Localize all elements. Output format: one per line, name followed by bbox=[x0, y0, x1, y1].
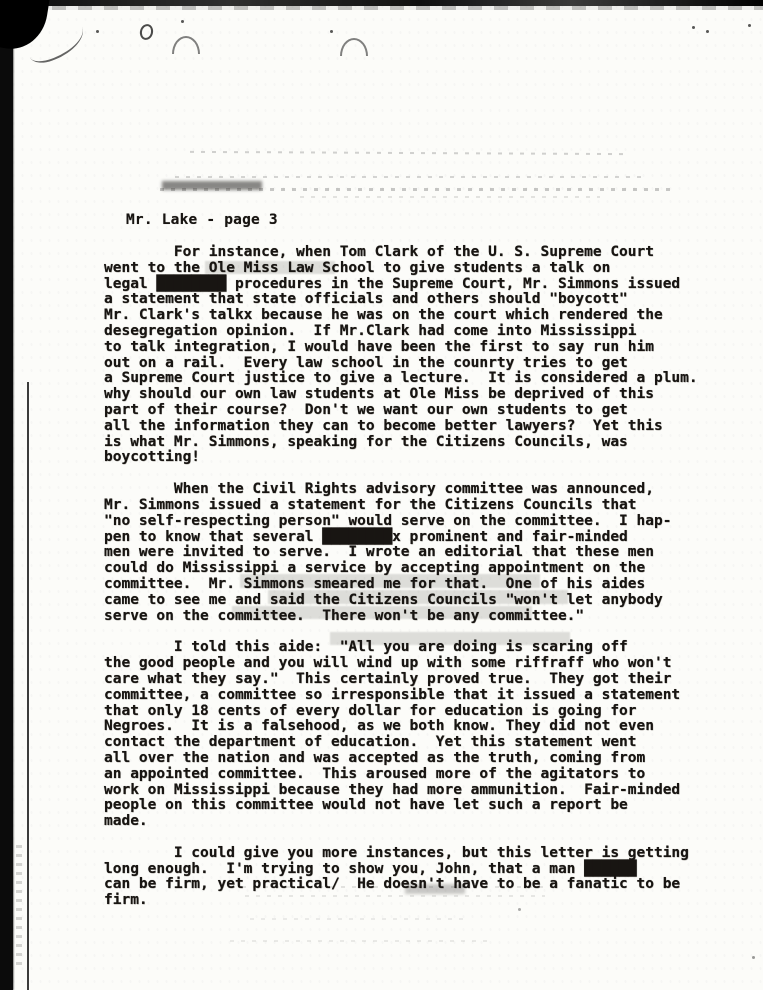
text-line: desegregation opinion. If Mr.Clark had c… bbox=[104, 324, 734, 340]
scan-squiggle-artifact bbox=[22, 16, 90, 68]
scan-dot-artifact bbox=[692, 26, 695, 29]
scan-top-edge-artifact bbox=[0, 0, 763, 6]
paragraph: For instance, when Tom Clark of the U. S… bbox=[104, 245, 734, 466]
scan-top-shadow-artifact bbox=[0, 6, 763, 10]
text-line: why should our own law students at Ole M… bbox=[104, 387, 734, 403]
scan-noise-row-artifact bbox=[190, 151, 630, 155]
text-line: men were invited to serve. I wrote an ed… bbox=[104, 545, 734, 561]
scan-left-edge-artifact bbox=[0, 12, 13, 990]
text-line: Mr. Simmons issued a statement for the C… bbox=[104, 498, 734, 514]
text-line: a statement that state officials and oth… bbox=[104, 292, 734, 308]
text-line: pen to know that several ████████x promi… bbox=[104, 530, 734, 546]
text-line: committee, a committee so irresponsible … bbox=[104, 688, 734, 704]
text-line: came to see me and said the Citizens Cou… bbox=[104, 593, 734, 609]
scan-fold-line-artifact bbox=[27, 382, 29, 990]
scan-arc-artifact bbox=[340, 38, 368, 56]
scan-smudge-artifact bbox=[162, 181, 262, 190]
text-line: people on this committee would not have … bbox=[104, 798, 734, 814]
text-line: made. bbox=[104, 814, 734, 830]
paragraph: When the Civil Rights advisory committee… bbox=[104, 482, 734, 624]
text-line: serve on the committee. There won't be a… bbox=[104, 609, 734, 625]
text-line: an appointed committee. This aroused mor… bbox=[104, 767, 734, 783]
scan-dot-artifact bbox=[181, 20, 184, 23]
text-line: the good people and you will wind up wit… bbox=[104, 656, 734, 672]
scan-noise-row-artifact bbox=[160, 188, 670, 191]
scanned-letter-page: Mr. Lake - page 3 For instance, when Tom… bbox=[0, 0, 763, 990]
text-line: Negroes. It is a falsehood, as we both k… bbox=[104, 719, 734, 735]
scan-dot-artifact bbox=[330, 30, 333, 33]
scan-dot-artifact bbox=[706, 30, 709, 33]
paragraph: I told this aide: "All you are doing is … bbox=[104, 640, 734, 830]
scan-noise-column-artifact bbox=[16, 845, 22, 965]
scan-noise-row-artifact bbox=[230, 940, 490, 942]
text-line: part of their course? Don't we want our … bbox=[104, 403, 734, 419]
text-line: contact the department of education. Yet… bbox=[104, 735, 734, 751]
scan-dot-artifact bbox=[748, 24, 751, 27]
scan-dot-artifact bbox=[752, 956, 755, 959]
scan-arc-artifact bbox=[172, 36, 200, 54]
scan-ring-artifact bbox=[138, 23, 154, 42]
scan-noise-row-artifact bbox=[175, 176, 645, 178]
text-line: all the information they can to become b… bbox=[104, 419, 734, 435]
text-line: For instance, when Tom Clark of the U. S… bbox=[104, 245, 734, 261]
letter-body: For instance, when Tom Clark of the U. S… bbox=[104, 245, 734, 925]
text-line: "no self-respecting person" would serve … bbox=[104, 514, 734, 530]
text-line: out on a rail. Every law school in the c… bbox=[104, 356, 734, 372]
text-line: When the Civil Rights advisory committee… bbox=[104, 482, 734, 498]
text-line: I could give you more instances, but thi… bbox=[104, 846, 734, 862]
text-line: is what Mr. Simmons, speaking for the Ci… bbox=[104, 435, 734, 451]
text-line: firm. bbox=[104, 893, 734, 909]
text-line: can be firm, yet practical/ He doesn't h… bbox=[104, 877, 734, 893]
text-line: committee. Mr. Simmons smeared me for th… bbox=[104, 577, 734, 593]
scan-corner-blob-artifact bbox=[0, 0, 50, 54]
text-line: could do Mississippi a service by accept… bbox=[104, 561, 734, 577]
page-header: Mr. Lake - page 3 bbox=[126, 212, 278, 228]
text-line: to talk integration, I would have been t… bbox=[104, 340, 734, 356]
scan-noise-row-artifact bbox=[300, 196, 600, 198]
text-line: that only 18 cents of every dollar for e… bbox=[104, 704, 734, 720]
text-line: all over the nation and was accepted as … bbox=[104, 751, 734, 767]
text-line: went to the Ole Miss Law School to give … bbox=[104, 261, 734, 277]
text-line: I told this aide: "All you are doing is … bbox=[104, 640, 734, 656]
text-line: a Supreme Court justice to give a lectur… bbox=[104, 371, 734, 387]
text-line: care what they say." This certainly prov… bbox=[104, 672, 734, 688]
text-line: work on Mississippi because they had mor… bbox=[104, 783, 734, 799]
paragraph: I could give you more instances, but thi… bbox=[104, 846, 734, 909]
text-line: Mr. Clark's talkx because he was on the … bbox=[104, 308, 734, 324]
text-line: boycotting! bbox=[104, 450, 734, 466]
scan-dot-artifact bbox=[96, 30, 99, 33]
